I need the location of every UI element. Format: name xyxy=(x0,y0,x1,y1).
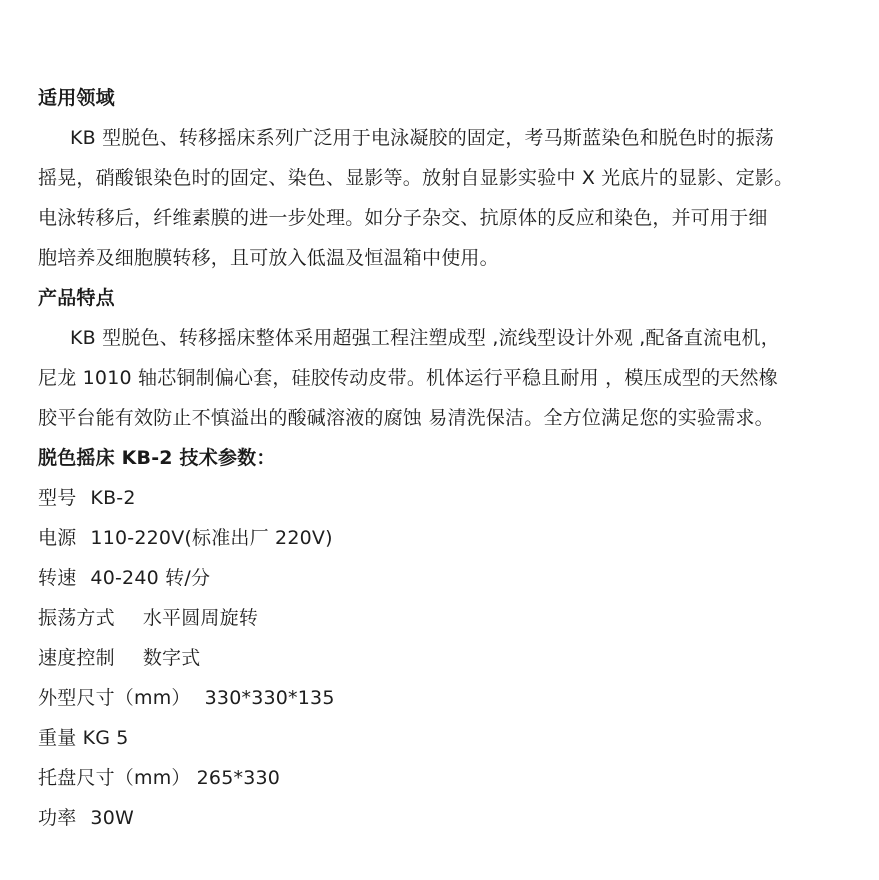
spec-row-speed-control: 速度控制 数字式 xyxy=(38,638,838,678)
spec-row-dimensions: 外型尺寸（mm） 330*330*135 xyxy=(38,678,838,718)
spec-label: 型号 xyxy=(38,478,76,518)
features-paragraph-line: KB 型脱色、转移摇床整体采用超强工程注塑成型 ,流线型设计外观 ,配备直流电机… xyxy=(38,318,838,358)
spec-value: 330*330*135 xyxy=(205,678,335,718)
spec-label: 重量 KG xyxy=(38,718,110,758)
spec-value: 110-220V(标准出厂 220V) xyxy=(90,518,332,558)
spec-value: 30W xyxy=(90,798,134,838)
features-paragraph-line: 胶平台能有效防止不慎溢出的酸碱溶液的腐蚀 易清洗保洁。全方位满足您的实验需求。 xyxy=(38,398,838,438)
product-description-document: 适用领域 KB 型脱色、转移摇床系列广泛用于电泳凝胶的固定，考马斯蓝染色和脱色时… xyxy=(38,78,838,838)
spec-value: KB-2 xyxy=(90,478,135,518)
spec-row-power: 功率 30W xyxy=(38,798,838,838)
features-paragraph-line: 尼龙 1010 轴芯铜制偏心套，硅胶传动皮带。机体运行平稳且耐用 ，模压成型的天… xyxy=(38,358,838,398)
spec-row-oscillation-mode: 振荡方式 水平圆周旋转 xyxy=(38,598,838,638)
spec-value: 5 xyxy=(116,718,128,758)
spec-value: 40-240 转/分 xyxy=(90,558,210,598)
applications-heading: 适用领域 xyxy=(38,78,838,118)
spec-value: 265*330 xyxy=(197,758,280,798)
spec-value: 水平圆周旋转 xyxy=(143,598,258,638)
features-heading: 产品特点 xyxy=(38,278,838,318)
spec-label: 电源 xyxy=(38,518,76,558)
spec-label: 振荡方式 xyxy=(38,598,115,638)
spec-row-tray-size: 托盘尺寸（mm） 265*330 xyxy=(38,758,838,798)
spec-row-model: 型号 KB-2 xyxy=(38,478,838,518)
specs-heading: 脱色摇床 KB-2 技术参数： xyxy=(38,438,838,478)
spec-label: 转速 xyxy=(38,558,76,598)
spec-label: 功率 xyxy=(38,798,76,838)
spec-label: 外型尺寸（mm） xyxy=(38,678,191,718)
spec-row-speed: 转速 40-240 转/分 xyxy=(38,558,838,598)
spec-row-weight: 重量 KG 5 xyxy=(38,718,838,758)
applications-paragraph-line: 摇晃，硝酸银染色时的固定、染色、显影等。放射自显影实验中 X 光底片的显影、定影… xyxy=(38,158,838,198)
spec-label: 托盘尺寸（mm） xyxy=(38,758,191,798)
spec-label: 速度控制 xyxy=(38,638,115,678)
applications-paragraph-line: 电泳转移后，纤维素膜的进一步处理。如分子杂交、抗原体的反应和染色，并可用于细 xyxy=(38,198,838,238)
spec-row-power-supply: 电源 110-220V(标准出厂 220V) xyxy=(38,518,838,558)
applications-paragraph-line: 胞培养及细胞膜转移，且可放入低温及恒温箱中使用。 xyxy=(38,238,838,278)
applications-paragraph-line: KB 型脱色、转移摇床系列广泛用于电泳凝胶的固定，考马斯蓝染色和脱色时的振荡 xyxy=(38,118,838,158)
spec-value: 数字式 xyxy=(143,638,201,678)
